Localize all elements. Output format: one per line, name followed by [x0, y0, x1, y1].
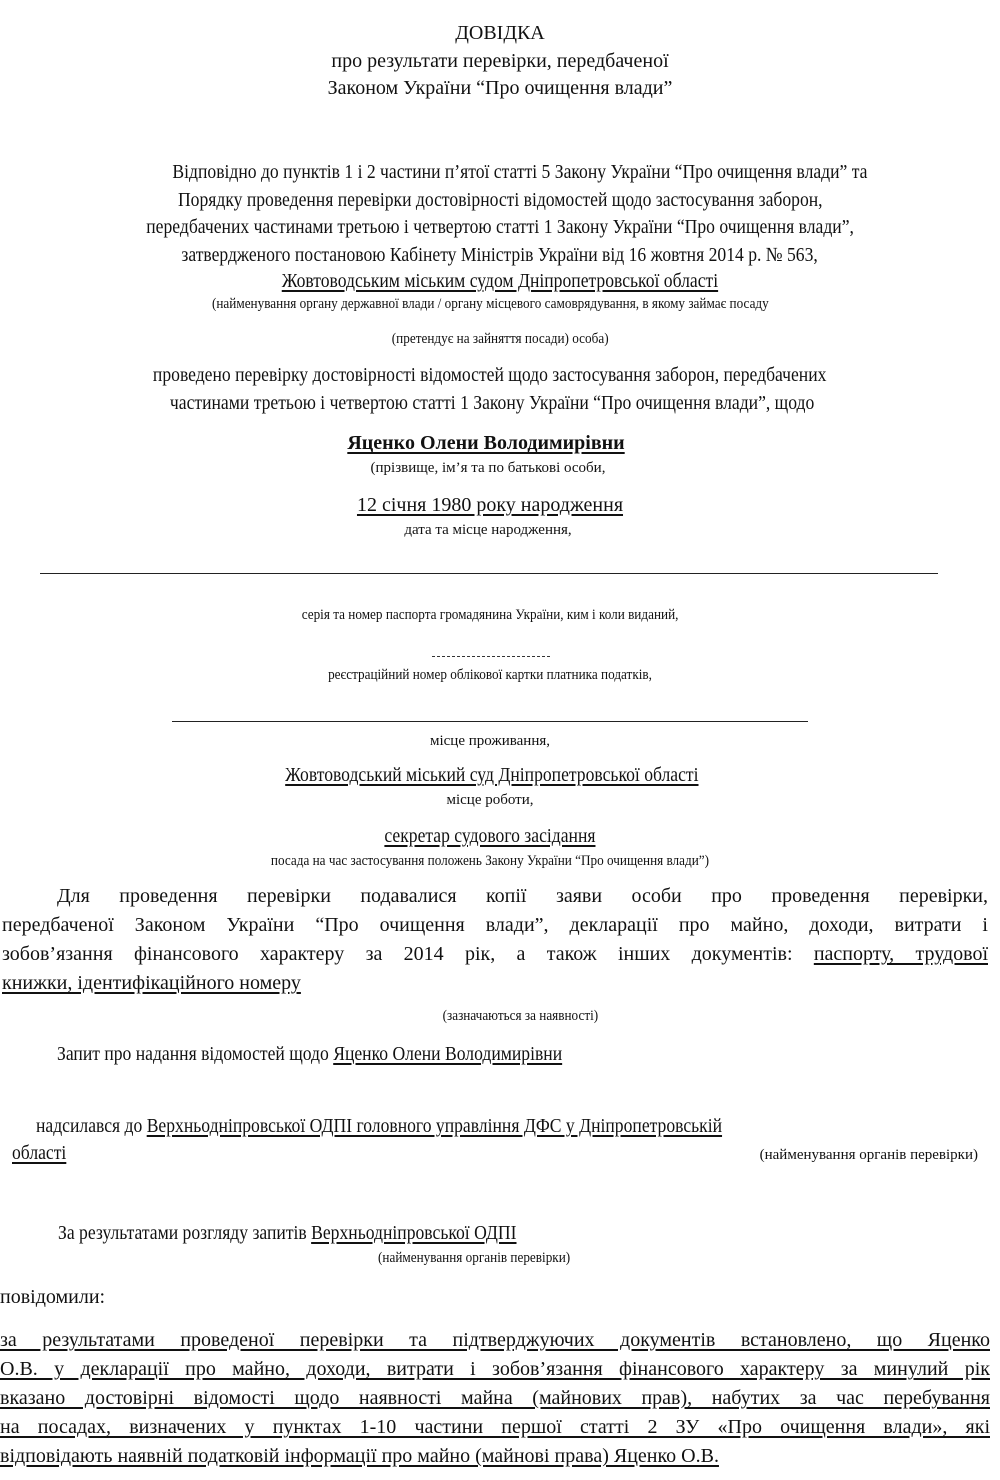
residence-caption: місце проживання, — [0, 733, 990, 750]
reported-label: повідомили: — [0, 1286, 105, 1309]
position-caption: посада на час застосування положень Зако… — [0, 853, 990, 870]
authority-caption-2: (претендує на зайняття посади) особа) — [0, 331, 1000, 348]
request-recipient-caption: (найменування органів перевірки) — [760, 1147, 978, 1164]
person-birth: 12 січня 1980 року народження — [0, 494, 990, 517]
documents-listed: паспорту, трудової — [814, 943, 988, 965]
passport-caption: серія та номер паспорта громадянина Укра… — [0, 607, 990, 624]
document-subtitle: про результати перевірки, передбаченої — [0, 50, 1000, 73]
intro-line: передбачених частинами третьою і четверт… — [0, 216, 1000, 239]
authority-caption: (найменування органу державної влади / о… — [0, 296, 990, 313]
results-body-caption: (найменування органів перевірки) — [378, 1250, 596, 1267]
position: секретар судового засідання — [0, 825, 990, 848]
person-full-name: Яценко Олени Володимирівни — [0, 432, 986, 455]
person-birth-caption: дата та місце народження, — [0, 522, 988, 539]
document-subtitle-law: Законом України “Про очищення влади” — [0, 77, 1000, 100]
intro-line: затвердженого постановою Кабінету Мініст… — [0, 244, 1000, 267]
workplace: Жовтоводський міський суд Дніпропетровсь… — [0, 764, 992, 787]
conclusion-paragraph: за результатами проведеної перевірки та … — [0, 1326, 990, 1471]
request-recipient-cont: області — [12, 1142, 74, 1165]
redacted-residence-line — [172, 721, 808, 722]
results-body: Верхньодніпровської ОДПІ — [311, 1222, 516, 1244]
request-subject: Яценко Олени Володимирівни — [333, 1043, 562, 1065]
documents-caption: (зазначаються за наявності) — [20, 1008, 1000, 1025]
documents-paragraph: Для проведення перевірки подавалися копі… — [2, 882, 988, 998]
document-title: ДОВІДКА — [0, 22, 1000, 45]
intro-line: Відповідно до пунктів 1 і 2 частини п’ят… — [20, 161, 1000, 184]
intro-line: Порядку проведення перевірки достовірнос… — [0, 189, 1000, 212]
person-name-caption: (прізвище, ім’я та по батькові особи, — [0, 460, 988, 477]
check-statement-line: проведено перевірку достовірності відомо… — [0, 364, 990, 387]
workplace-caption: місце роботи, — [0, 792, 990, 809]
redacted-tax-number — [432, 656, 550, 657]
tax-number-caption: реєстраційний номер облікової картки пла… — [0, 667, 990, 684]
documents-listed-cont: книжки, ідентифікаційного номеру — [2, 972, 301, 994]
redacted-passport-line — [40, 573, 938, 574]
request-line: Запит про надання відомостей щодо Яценко… — [57, 1043, 631, 1066]
request-recipient: Верхньодніпровської ОДПІ головного управ… — [147, 1115, 722, 1137]
results-line: За результатами розгляду запитів Верхньо… — [58, 1222, 579, 1245]
request-sent-line: надсилався до Верхньодніпровської ОДПІ г… — [36, 1115, 816, 1138]
check-statement-line: частинами третьою і четвертою статті 1 З… — [0, 392, 992, 415]
authority-name: Жовтоводським міським судом Дніпропетров… — [0, 270, 1000, 293]
